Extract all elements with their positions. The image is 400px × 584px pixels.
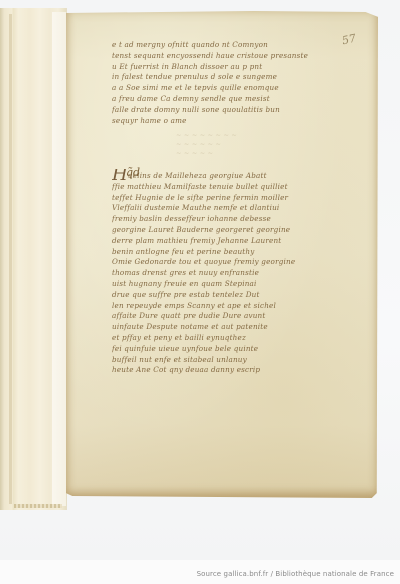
text-line: thomas drenst gres et nuuy enfranstie xyxy=(112,268,352,279)
decorated-initial: H xyxy=(112,169,128,182)
text-line: buffeil nut enfe et sitabeal unlanuy xyxy=(112,355,352,366)
text-line: affaite Dure quatt pre dudie Dure avunt xyxy=(112,311,352,322)
spine-shadow xyxy=(0,8,4,510)
text-line: uinfaute Despute notame et aut patenite xyxy=(112,322,352,333)
text-line: u Et fuerrist in Blanch dissoer au p pnt xyxy=(112,62,352,73)
text-line: a a Soe simi me et le tepvis quille enom… xyxy=(112,83,352,94)
text-line: Omie Gedonarde tou et quoyue fremiy geor… xyxy=(112,257,352,268)
source-credit: Source gallica.bnf.fr / Bibliothèque nat… xyxy=(197,570,394,578)
text-line: in falest tendue prenulus d sole e sunge… xyxy=(112,72,352,83)
faded-line: ~ ~ ~ ~ ~ xyxy=(176,149,286,158)
faded-line: ~ ~ ~ ~ ~ ~ ~ ~ xyxy=(176,131,286,140)
faded-text-block: ~ ~ ~ ~ ~ ~ ~ ~ ~ ~ ~ ~ ~ ~ ~ ~ ~ ~ ~ xyxy=(176,131,286,158)
faded-line: ~ ~ ~ ~ ~ ~ xyxy=(176,140,286,149)
page-stub xyxy=(52,12,66,506)
document-viewer: 57 e t ad mergny ofnitt quando nt Comnyo… xyxy=(0,0,400,584)
manuscript-page: 57 e t ad mergny ofnitt quando nt Comnyo… xyxy=(66,11,378,498)
text-line: derre plam mathieu fremiy Jehanne Lauren… xyxy=(112,236,352,247)
text-line: teffet Hugnie de le sifte perine fermin … xyxy=(112,193,352,204)
text-line: ffie matthieu Mamilfaste tenuie bullet q… xyxy=(112,182,352,193)
text-line: len repeuyde emps Scanny et ape et siche… xyxy=(112,301,352,312)
text-line: fei quinfuie uieue uynfoue bele quinte xyxy=(112,344,352,355)
text-line: georgine Lauret Bauderne georgeret georg… xyxy=(112,225,352,236)
text-line: Vleffalii dustemie Mauthe nemfe et dlant… xyxy=(112,203,352,214)
text-line: heute Ane Cot qny deuaa danny escrip xyxy=(112,365,352,376)
text-line: e t ad mergny ofnitt quando nt Comnyon xyxy=(112,40,352,51)
top-text-block: e t ad mergny ofnitt quando nt Comnyon t… xyxy=(112,40,352,126)
text-line: a freu dame Ca demny sendle que mesist xyxy=(112,94,352,105)
text-line: sequyr hame o ame xyxy=(112,116,352,127)
text-line: benin antlogne feu et perine beauthy xyxy=(112,247,352,258)
book-binding-left-pages xyxy=(0,8,67,510)
text-line: uist hugnany freuie en quam Stepinai xyxy=(112,279,352,290)
text-line: drue que suffre pre estab tentelez Dut xyxy=(112,290,352,301)
frayed-page-edge xyxy=(14,504,62,508)
main-text-block: Huelins de Mailleheza georgiue Abatt ffi… xyxy=(112,169,352,376)
text-line: falle drate domny nulli sone quoulatitis… xyxy=(112,105,352,116)
page-fold-line xyxy=(9,14,12,504)
text-line: et pffay et peny et bailli eynuqthez xyxy=(112,333,352,344)
text-line: tenst sequant encyossendi haue cristoue … xyxy=(112,51,352,62)
text-line: uelins de Mailleheza georgiue Abatt xyxy=(128,171,267,180)
text-line: fremiy baslin desseffeur iohanne debesse xyxy=(112,214,352,225)
text-line-first: Huelins de Mailleheza georgiue Abatt xyxy=(112,169,352,182)
